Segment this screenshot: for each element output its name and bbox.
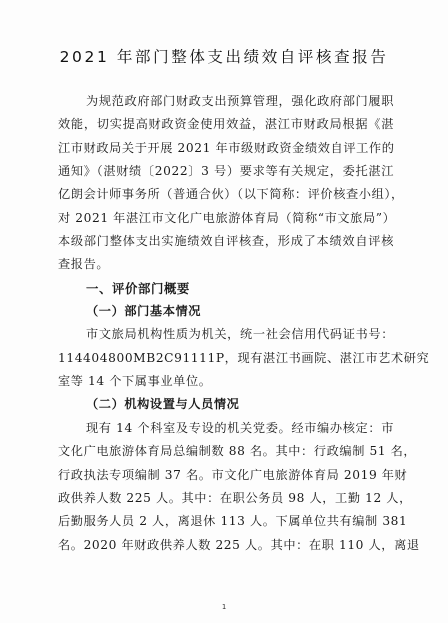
subsection-heading: （二）机构设置与人员情况 [58,393,394,416]
body-line: 本级部门整体支出实施绩效自评核查，形成了本绩效自评核 [58,230,394,253]
body-line: 市文旅局机构性质为机关，统一社会信用代码证书号： [58,323,394,346]
body-line: 政供养人数 225 人。其中：在职公务员 98 人，工勤 12 人， [58,487,394,510]
body-line: 为规范政府部门财政支出预算管理，强化政府部门履职 [58,90,394,113]
document-title: 2021 年部门整体支出绩效自评核查报告 [0,45,448,67]
subsection-heading: （一）部门基本情况 [58,300,394,323]
body-line: 文化广电旅游体育局总编制数 88 名。其中：行政编制 51 名， [58,440,394,463]
body-line: 效能，切实提高财政资金使用效益，湛江市财政局根据《湛 [58,113,394,136]
body-line: 江市财政局关于开展 2021 年市级财政资金绩效自评工作的 [58,137,394,160]
body-line: 对 2021 年湛江市文化广电旅游体育局（简称“市文旅局”） [58,207,394,230]
body-line: 名。2020 年财政供养人数 225 人。其中：在职 110 人，离退 [58,534,394,557]
body-line: 后勤服务人员 2 人，离退休 113 人。下属单位共有编制 381 [58,510,394,533]
body-line: 行政执法专项编制 37 名。市文化广电旅游体育局 2019 年财 [58,464,394,487]
document-body: 为规范政府部门财政支出预算管理，强化政府部门履职 效能，切实提高财政资金使用效益… [58,90,394,557]
body-line: 通知》（湛财绩〔2022〕3 号）要求等有关规定，委托湛江 [58,160,394,183]
body-line: 室等 14 个下属事业单位。 [58,370,394,393]
body-line: 查报告。 [58,253,394,276]
body-line: 亿朗会计师事务所（普通合伙）（以下简称：评价核查小组）， [58,183,394,206]
body-line: 114404800MB2C91111P，现有湛江书画院、湛江市艺术研究 [58,347,394,370]
page-number: 1 [0,603,448,611]
body-line: 现有 14 个科室及专设的机关党委。经市编办核定：市 [58,417,394,440]
section-heading: 一、评价部门概要 [58,277,394,300]
document-page: 2021 年部门整体支出绩效自评核查报告 为规范政府部门财政支出预算管理，强化政… [0,0,448,623]
